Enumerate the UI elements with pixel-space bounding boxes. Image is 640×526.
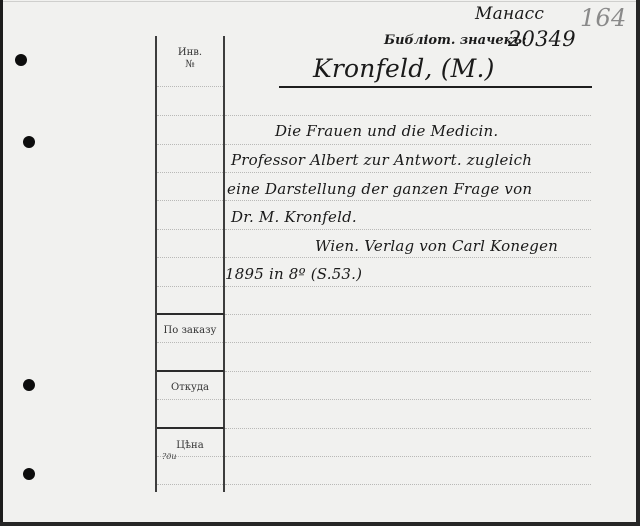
entry-imprint-line: 1895 in 8º (S.53.) — [225, 265, 362, 283]
punch-hole-1 — [15, 54, 27, 66]
library-mark-annotation: Манасс — [475, 4, 544, 24]
left-rule — [157, 484, 223, 485]
source-label: Откуда — [157, 382, 223, 394]
entry-author-line: Dr. M. Kronfeld. — [231, 208, 357, 226]
left-rule — [157, 286, 223, 287]
main-rule — [225, 342, 591, 343]
main-rule — [225, 200, 591, 201]
punch-hole-2 — [23, 136, 35, 148]
section-divider — [157, 370, 224, 372]
punch-hole-4 — [23, 468, 35, 480]
library-mark-label: Библіот. значекъ: — [384, 33, 527, 48]
price-label: Цѣна — [157, 440, 223, 452]
main-rule — [225, 371, 591, 372]
section-divider — [157, 427, 224, 429]
main-rule — [225, 456, 591, 457]
entry-title-line: Die Frauen und die Medicin. — [275, 122, 498, 140]
main-rule — [225, 115, 591, 116]
main-rule — [225, 286, 591, 287]
left-rule — [157, 342, 223, 343]
library-mark-value: 20349 — [508, 27, 576, 51]
entry-subtitle-line-2: eine Darstellung der ganzen Frage von — [227, 180, 532, 198]
price-note: ?ди — [162, 452, 177, 461]
left-rule — [157, 115, 223, 116]
inventory-header: Инв. — [157, 47, 223, 59]
order-label: По заказу — [157, 325, 223, 337]
punch-hole-3 — [23, 379, 35, 391]
main-rule — [225, 257, 591, 258]
left-rule — [157, 144, 223, 145]
entry-subtitle-line: Professor Albert zur Antwort. zugleich — [231, 151, 532, 169]
main-rule — [225, 484, 591, 485]
pencil-number: 164 — [580, 4, 626, 32]
left-rule — [157, 200, 223, 201]
author-heading-rule — [279, 86, 592, 88]
left-column-border — [155, 36, 157, 492]
left-column-divider — [223, 36, 225, 492]
main-rule — [225, 229, 591, 230]
main-rule — [225, 314, 591, 315]
left-rule — [157, 399, 223, 400]
left-rule — [157, 229, 223, 230]
main-rule — [225, 172, 591, 173]
entry-publisher-line: Wien. Verlag von Carl Konegen — [315, 237, 558, 255]
scan-edge-bottom — [0, 522, 640, 526]
left-rule — [157, 257, 223, 258]
main-rule — [225, 144, 591, 145]
author-heading: Kronfeld, (M.) — [313, 54, 495, 83]
main-rule — [225, 428, 591, 429]
main-rule — [225, 399, 591, 400]
scan-edge-right — [636, 0, 640, 526]
section-divider — [157, 313, 224, 315]
left-rule — [157, 86, 223, 87]
card-top-edge — [3, 1, 639, 2]
inventory-number-sign: № — [157, 59, 223, 71]
catalog-card: 164 Манасс Библіот. значекъ: 20349 Инв. … — [0, 0, 639, 522]
left-rule — [157, 172, 223, 173]
